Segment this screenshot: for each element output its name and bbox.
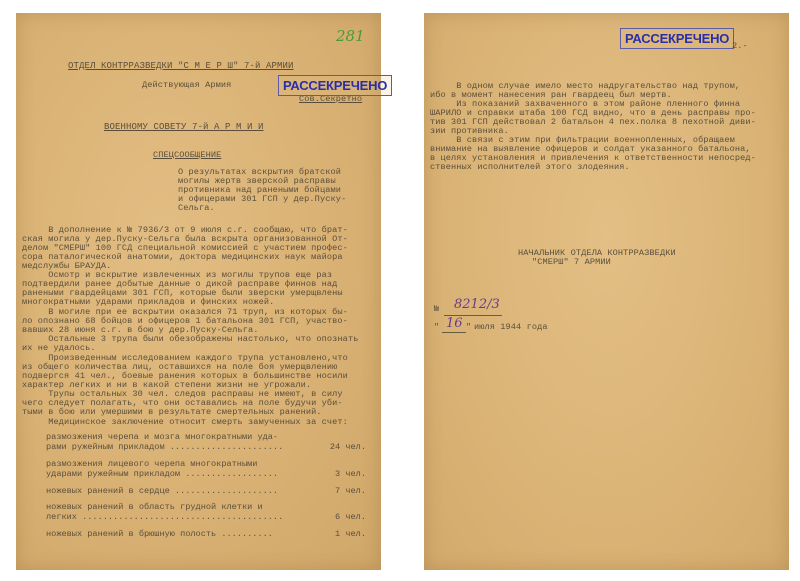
body-line: Медицинское заключение относит смерть за… (22, 418, 348, 428)
declassified-stamp: РАССЕКРЕЧЕНО (278, 75, 392, 96)
cause-row: ножевых ранений в сердце ...............… (46, 487, 366, 497)
number-sign: № (434, 305, 439, 315)
document-page-2: РАССЕКРЕЧЕНО 2.- В одном случае имело ме… (424, 13, 789, 570)
cause-description: ножевых ранений в сердце ...............… (46, 487, 304, 497)
department-header: ОТДЕЛ КОНТРРАЗВЕДКИ "С М Е Р Ш" 7-й АРМИ… (68, 62, 294, 72)
subject-line: Сельга. (178, 204, 215, 214)
document-page-1: 281 ОТДЕЛ КОНТРРАЗВЕДКИ "С М Е Р Ш" 7-й … (16, 13, 381, 570)
signature-title: "СМЕРШ" 7 АРМИИ (532, 258, 611, 268)
cause-description: размозжения лицевого черепа многократным… (46, 460, 304, 479)
cause-count: 6 чел. (335, 513, 366, 523)
date-text: июля 1944 года (474, 323, 548, 333)
cause-description: ножевых ранений в область грудной клетки… (46, 503, 304, 522)
doc-type: СПЕЦСООБЩЕНИЕ (153, 151, 221, 161)
cause-count: 1 чел. (335, 530, 366, 540)
cause-row: размозжения черепа и мозга многократными… (46, 433, 366, 452)
cause-count: 24 чел. (330, 443, 366, 453)
handwritten-date-day: 16 (446, 316, 463, 331)
folio-number: 281 (336, 27, 365, 45)
cause-count: 7 чел. (335, 487, 366, 497)
cause-row: ножевых ранений в область грудной клетки… (46, 503, 366, 522)
cause-count: 3 чел. (335, 470, 366, 480)
handwritten-doc-number: 8212/3 (454, 297, 500, 312)
subheader: Действующая Армия (142, 81, 231, 91)
declassified-stamp: РАССЕКРЕЧЕНО (620, 28, 734, 49)
cause-description: размозжения черепа и мозга многократными… (46, 433, 304, 452)
cause-row: размозжения лицевого черепа многократным… (46, 460, 366, 479)
date-quote-close: " (466, 323, 471, 333)
cause-row: ножевых ранений в брюшную полость ......… (46, 530, 366, 540)
body-line: ственных исполнителей этого злодеяния. (430, 163, 630, 173)
cause-description: ножевых ранений в брюшную полость ......… (46, 530, 304, 540)
addressee: ВОЕННОМУ СОВЕТУ 7-й А Р М И И (104, 123, 264, 133)
secrecy-mark: Сов.Секретно (299, 95, 362, 105)
page-number: 2.- (732, 42, 748, 52)
date-underline (442, 332, 466, 333)
date-quote-open: " (434, 323, 439, 333)
